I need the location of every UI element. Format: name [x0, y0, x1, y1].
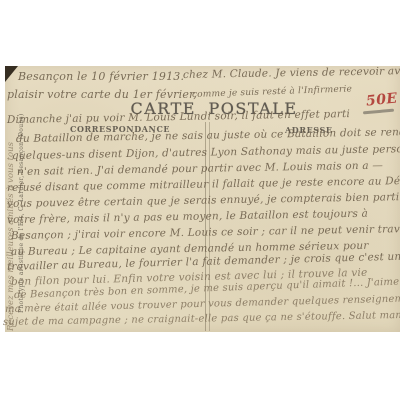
correspondance-header: CORRESPONDANCE [70, 124, 170, 134]
adresse-header: ADRESSE [285, 125, 333, 135]
price-mark: 50E [365, 90, 398, 109]
postcard-title: CARTE POSTALE [129, 99, 299, 118]
publisher-imprint: Phototypie artistique de l'Est, C. Lardi… [18, 113, 25, 313]
torn-corner [5, 66, 18, 82]
divider-line [205, 122, 210, 331]
postcard: CARTE POSTALE CORRESPONDANCE ADRESSE 50E… [5, 66, 400, 332]
postcard-photo: CARTE POSTALE CORRESPONDANCE ADRESSE 50E… [0, 0, 400, 400]
edge-handwriting: Recevez mes meilleures amitiés à vous to… [6, 142, 16, 331]
